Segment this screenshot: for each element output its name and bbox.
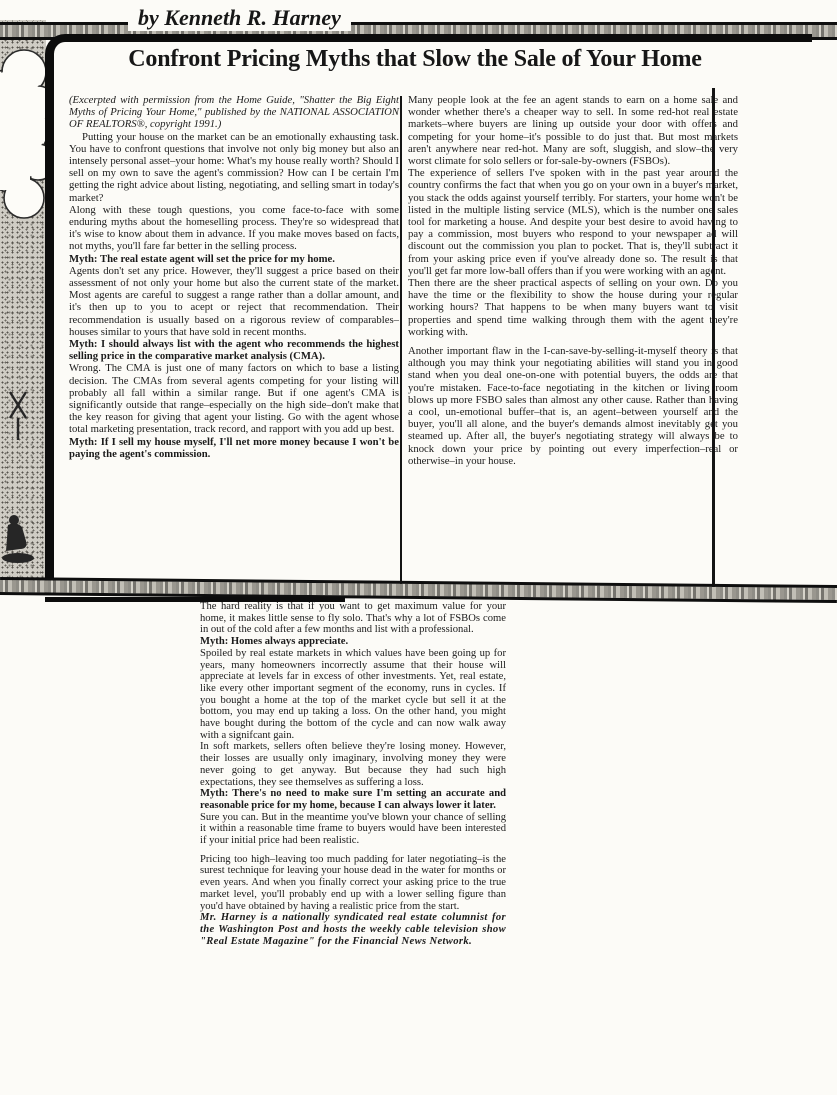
column-1: (Excerpted with permission from the Home… (69, 94, 399, 460)
cloud-and-figure-icon (0, 20, 46, 592)
paragraph: Mr. Harney is a nationally syndicated re… (200, 912, 506, 947)
paragraph: Many people look at the fee an agent sta… (408, 94, 738, 167)
paragraph: The experience of sellers I've spoken wi… (408, 167, 738, 277)
paragraph: In soft markets, sellers often believe t… (200, 741, 506, 788)
paragraph: Another important flaw in the I-can-save… (408, 345, 738, 467)
bottom-column: The hard reality is that if you want to … (200, 601, 506, 947)
paragraph: Myth: The real estate agent will set the… (69, 253, 399, 265)
seated-figure-icon (2, 515, 34, 563)
left-illustration (0, 20, 46, 592)
paragraph: Wrong. The CMA is just one of many facto… (69, 362, 399, 435)
paragraph: The hard reality is that if you want to … (200, 601, 506, 636)
paragraph: Agents don't set any price. However, the… (69, 265, 399, 338)
paragraph: (Excerpted with permission from the Home… (69, 94, 399, 131)
column-divider (400, 96, 402, 586)
column-2: Many people look at the fee an agent sta… (408, 94, 738, 467)
paragraph: Myth: There's no need to make sure I'm s… (200, 788, 506, 811)
paragraph: Then there are the sheer practical aspec… (408, 277, 738, 338)
paragraph: Myth: If I sell my house myself, I'll ne… (69, 436, 399, 460)
paragraph: Pricing too high–leaving too much paddin… (200, 854, 506, 913)
scanned-article-page: by Kenneth R. Harney Confront Pricing My… (0, 0, 837, 1095)
paragraph: Sure you can. But in the meantime you've… (200, 812, 506, 847)
article-title: Confront Pricing Myths that Slow the Sal… (70, 46, 760, 73)
paragraph: Along with these tough questions, you co… (69, 204, 399, 253)
byline: by Kenneth R. Harney (128, 5, 351, 31)
paragraph: Putting your house on the market can be … (69, 131, 399, 204)
windmill-mark-icon (10, 392, 26, 440)
column-divider (712, 88, 715, 591)
paragraph: Spoiled by real estate markets in which … (200, 648, 506, 742)
paragraph: Myth: I should always list with the agen… (69, 338, 399, 362)
paragraph: Myth: Homes always appreciate. (200, 636, 506, 648)
